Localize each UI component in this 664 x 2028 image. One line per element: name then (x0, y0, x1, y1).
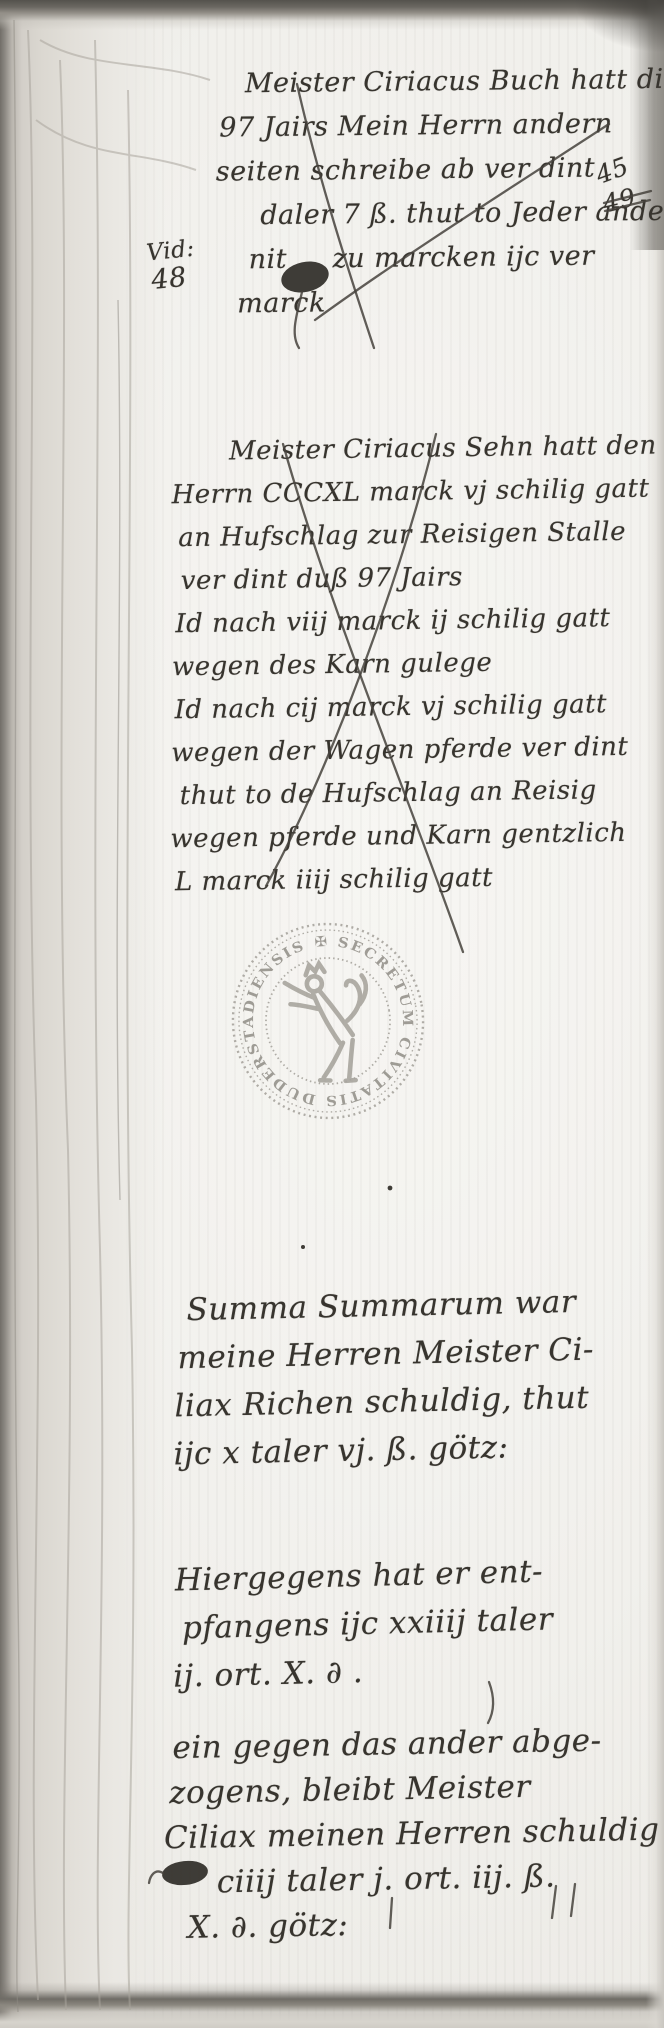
manuscript-line: Herrn CCCXL marck vj schilig gatt (149, 467, 657, 517)
manuscript-line: L marck iiij schilig gatt (155, 854, 663, 904)
manuscript-line: an Hufschlag zur Reisigen Stalle (150, 510, 658, 560)
manuscript-line: ver dint duß 97 Jairs (151, 553, 659, 603)
manuscript-line: Id nach viij marck ij schilig gatt (151, 596, 659, 646)
manuscript-line: liax Richen schuldig, thut (172, 1374, 595, 1431)
summa-paragraph: Summa Summarum war meine Herren Meister … (170, 1278, 596, 1479)
manuscript-line: pfangens ijc xxiiij taler (169, 1595, 553, 1652)
manuscript-line: Id nach cij marck vj schilig gatt (152, 682, 660, 732)
entry-1: Meister Ciriacus Buch hatt dieß 97 Jairs… (215, 57, 664, 326)
manuscript-line: wegen des Karn gulege (152, 639, 660, 689)
manuscript-page: Meister Ciriacus Buch hatt dieß 97 Jairs… (0, 0, 664, 2028)
manuscript-line: Ciliax meinen Herren schuldig (160, 1808, 660, 1862)
manuscript-line: 97 Jairs Mein Herrn andern (215, 101, 664, 150)
manuscript-line: marck (217, 277, 664, 326)
manuscript-line: X. ∂. götz: (161, 1898, 661, 1952)
margin-note: Vid: 48 (145, 236, 198, 295)
margin-note-page-ref: 48 (148, 262, 199, 294)
manuscript-line: Meister Ciriacus Sehn hatt den (149, 424, 657, 474)
manuscript-line: Meister Ciriacus Buch hatt dieß (215, 57, 664, 106)
entry-2: Meister Ciriacus Sehn hatt den Herrn CCC… (149, 424, 663, 904)
manuscript-line: thut to de Hufschlag an Reisig (154, 768, 662, 818)
manuscript-line: ijc x taler vj. ß. götz: (173, 1422, 596, 1479)
received-paragraph: Hiergegens hat er ent- pfangens ijc xxii… (168, 1547, 555, 1700)
manuscript-line: wegen pferde und Karn gentzlich (154, 811, 662, 861)
manuscript-line: nit zu marcken ijc ver (216, 233, 664, 282)
balance-paragraph: ein gegen das ander abge- zogens, bleibt… (158, 1718, 661, 1952)
manuscript-line: wegen der Wagen pferde ver dint (153, 725, 661, 775)
manuscript-line: ein gegen das ander abge- (158, 1718, 658, 1772)
manuscript-line: daler 7 ß. thut to Jeder ander (216, 189, 664, 238)
manuscript-line: ij. ort. X. ∂ . (171, 1643, 555, 1700)
